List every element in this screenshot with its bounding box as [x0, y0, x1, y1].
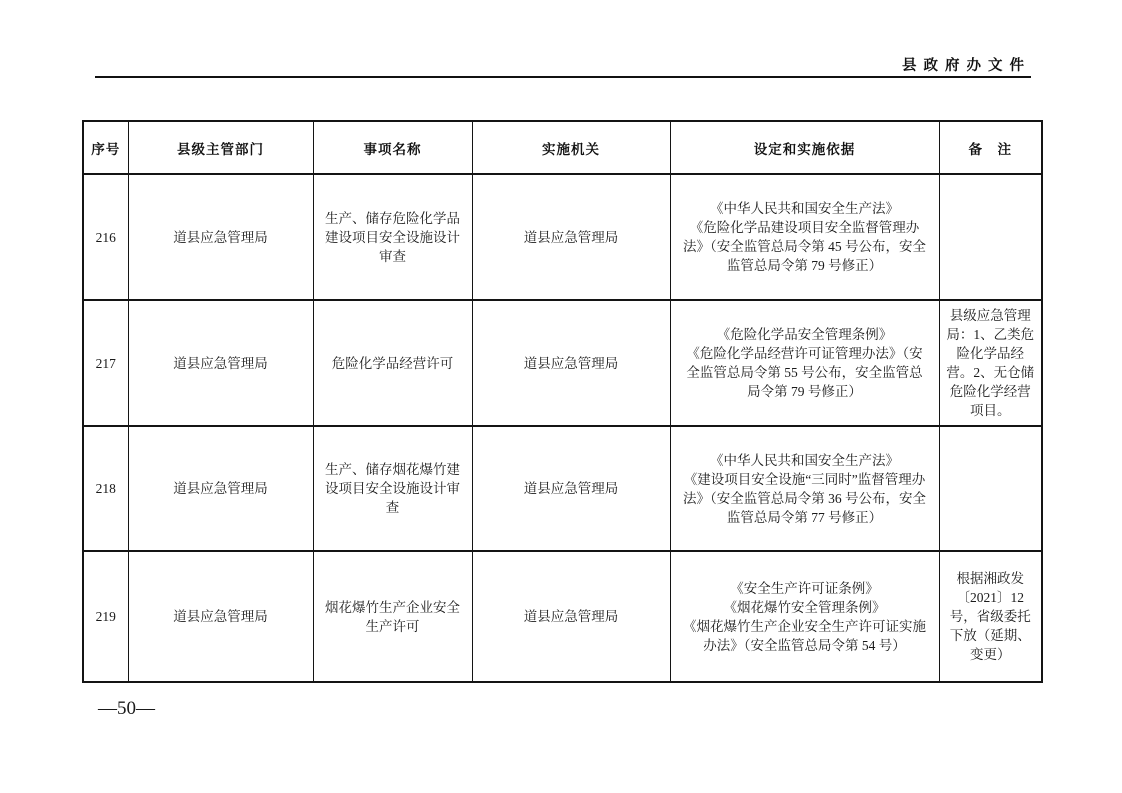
cell-agency: 道县应急管理局	[472, 300, 670, 426]
cell-seq: 216	[83, 174, 128, 300]
cell-agency: 道县应急管理局	[472, 426, 670, 551]
table-row: 217 道县应急管理局 危险化学品经营许可 道县应急管理局 《危险化学品安全管理…	[83, 300, 1042, 426]
column-header-agency: 实施机关	[472, 121, 670, 174]
cell-department: 道县应急管理局	[128, 300, 313, 426]
cell-item: 烟花爆竹生产企业安全生产许可	[313, 551, 472, 682]
column-header-remark: 备 注	[939, 121, 1042, 174]
page-header-title: 县政府办文件	[902, 54, 1031, 75]
cell-agency: 道县应急管理局	[472, 174, 670, 300]
table-header-row: 序号 县级主管部门 事项名称 实施机关 设定和实施依据 备 注	[83, 121, 1042, 174]
cell-item: 生产、储存危险化学品建设项目安全设施设计审查	[313, 174, 472, 300]
cell-remark: 根据湘政发〔2021〕12 号，省级委托下放（延期、变更）	[939, 551, 1042, 682]
header-rule-line	[95, 76, 1031, 78]
cell-item: 生产、储存烟花爆竹建设项目安全设施设计审查	[313, 426, 472, 551]
table-row: 218 道县应急管理局 生产、储存烟花爆竹建设项目安全设施设计审查 道县应急管理…	[83, 426, 1042, 551]
cell-department: 道县应急管理局	[128, 174, 313, 300]
cell-agency: 道县应急管理局	[472, 551, 670, 682]
document-page: 县政府办文件 序号 县级主管部门 事项名称 实施机关 设定和实施依据 备 注 2…	[0, 0, 1122, 793]
column-header-item: 事项名称	[313, 121, 472, 174]
items-table: 序号 县级主管部门 事项名称 实施机关 设定和实施依据 备 注 216 道县应急…	[82, 120, 1043, 683]
cell-basis: 《中华人民共和国安全生产法》 《危险化学品建设项目安全监督管理办法》（安全监管总…	[670, 174, 939, 300]
cell-seq: 219	[83, 551, 128, 682]
cell-basis: 《中华人民共和国安全生产法》 《建设项目安全设施“三同时”监督管理办法》（安全监…	[670, 426, 939, 551]
cell-basis: 《危险化学品安全管理条例》 《危险化学品经营许可证管理办法》（安全监管总局令第 …	[670, 300, 939, 426]
table-row: 219 道县应急管理局 烟花爆竹生产企业安全生产许可 道县应急管理局 《安全生产…	[83, 551, 1042, 682]
cell-remark: 县级应急管理局：1、乙类危险化学品经营。2、无仓储危险化学经营项目。	[939, 300, 1042, 426]
column-header-department: 县级主管部门	[128, 121, 313, 174]
cell-department: 道县应急管理局	[128, 551, 313, 682]
column-header-seq: 序号	[83, 121, 128, 174]
cell-item: 危险化学品经营许可	[313, 300, 472, 426]
column-header-basis: 设定和实施依据	[670, 121, 939, 174]
cell-basis: 《安全生产许可证条例》 《烟花爆竹安全管理条例》 《烟花爆竹生产企业安全生产许可…	[670, 551, 939, 682]
cell-remark	[939, 174, 1042, 300]
cell-seq: 217	[83, 300, 128, 426]
page-number: —50—	[98, 698, 155, 720]
cell-department: 道县应急管理局	[128, 426, 313, 551]
table-row: 216 道县应急管理局 生产、储存危险化学品建设项目安全设施设计审查 道县应急管…	[83, 174, 1042, 300]
cell-remark	[939, 426, 1042, 551]
cell-seq: 218	[83, 426, 128, 551]
